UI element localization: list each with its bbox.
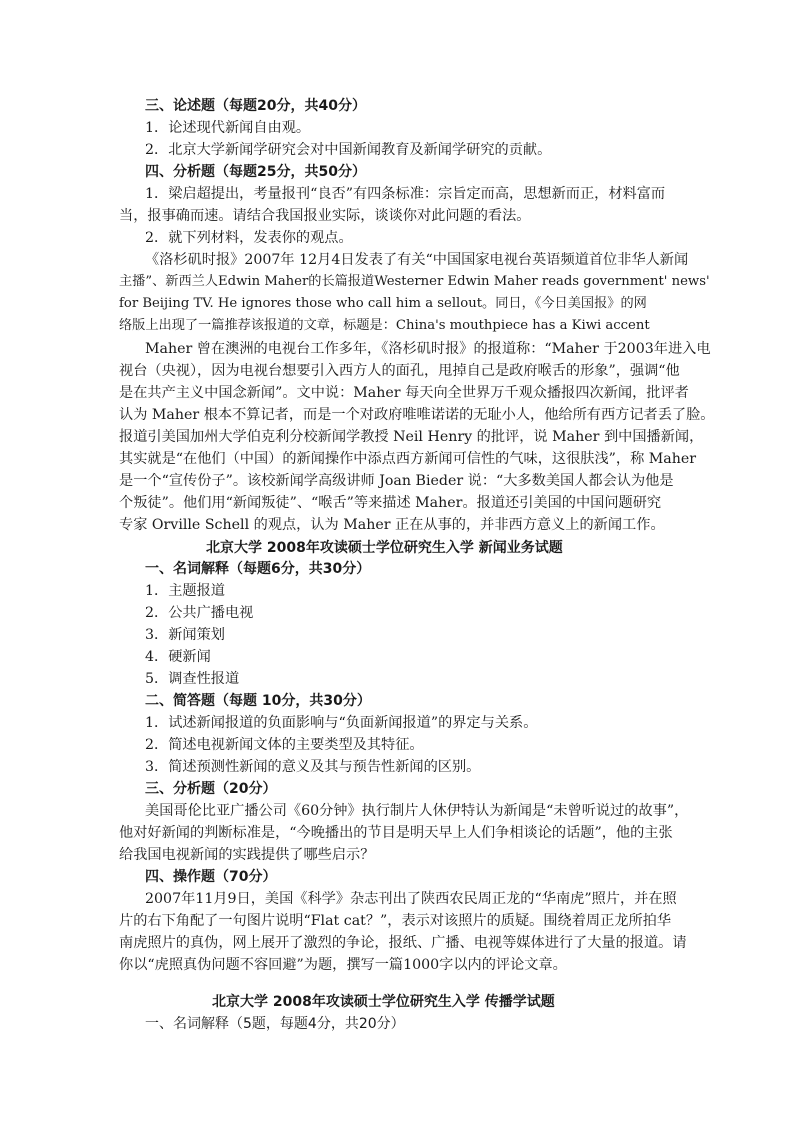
question-item-cont: 当，报事确而速。请结合我国报业实际，谈谈你对此问题的看法。 <box>119 206 530 226</box>
section-heading: 三、分析题（20分） <box>145 779 276 799</box>
exam-title: 北京大学 2008年攻读硕士学位研究生入学 传播学试题 <box>212 992 555 1012</box>
question-item: 1．梁启超提出，考量报刊“良否”有四条标准：宗旨定而高，思想新而正，材料富而 <box>145 184 665 204</box>
question-item: 4．硬新闻 <box>145 647 211 667</box>
question-item: 3．新闻策划 <box>145 625 225 645</box>
paragraph-line: 美国哥伦比亚广播公司《60分钟》执行制片人休伊特认为新闻是“未曾听说过的故事”， <box>145 801 688 821</box>
paragraph-line: 片的右下角配了一句图片说明“Flat cat？”，表示对该照片的质疑。围绕着周正… <box>119 911 671 931</box>
question-item: 1．试述新闻报道的负面影响与“负面新闻报道”的界定与关系。 <box>145 713 537 733</box>
section-heading: 一、名词解释（5题，每题4分，共20分） <box>145 1014 405 1034</box>
paragraph-line: 你以“虎照真伪问题不容回避”为题，撰写一篇1000字以内的评论文章。 <box>119 955 567 975</box>
material-line: 是在共产主义中国念新闻”。文中说：Maher 每天向全世界万千观众播报四次新闻，… <box>119 383 689 403</box>
material-line: 主播”、新西兰人Edwin Maher的长篇报道Westerner Edwin … <box>119 272 710 292</box>
material-line: 视台（央视），因为电视台想要引入西方人的面孔，甩掉自己是政府喉舌的形象”，强调“… <box>119 361 680 381</box>
question-item: 2．简述电视新闻文体的主要类型及其特征。 <box>145 735 424 755</box>
paragraph-line: 2007年11月9日，美国《科学》杂志刊出了陕西农民周正龙的“华南虎”照片，并在… <box>145 889 677 909</box>
question-item: 3．简述预测性新闻的意义及其与预告性新闻的区别。 <box>145 757 480 777</box>
material-line: Maher 曾在澳洲的电视台工作多年，《洛杉矶时报》的报道称：“Maher 于2… <box>145 339 711 359</box>
material-line: 报道引美国加州大学伯克利分校新闻学教授 Neil Henry 的批评，说 Mah… <box>119 427 703 447</box>
paragraph-line: 南虎照片的真伪，网上展开了激烈的争论，报纸、广播、电视等媒体进行了大量的报道。请 <box>119 933 687 953</box>
section-heading: 三、论述题（每题20分，共40分） <box>145 96 366 116</box>
question-item: 1．论述现代新闻自由观。 <box>145 118 310 138</box>
exam-title: 北京大学 2008年攻读硕士学位研究生入学 新闻业务试题 <box>206 538 563 558</box>
paragraph-line: 给我国电视新闻的实践提供了哪些启示？ <box>119 845 374 865</box>
question-item: 2．北京大学新闻学研究会对中国新闻教育及新闻学研究的贡献。 <box>145 140 551 160</box>
question-item: 2．就下列材料，发表你的观点。 <box>145 228 353 248</box>
material-line: 《洛杉矶时报》2007年 12月4日发表了有关“中国国家电视台英语频道首位非华人… <box>145 250 688 270</box>
question-item: 1．主题报道 <box>145 581 225 601</box>
material-line: 络版上出现了一篇推荐该报道的文章，标题是：China's mouthpiece … <box>119 316 650 336</box>
section-heading: 一、名词解释（每题6分，共30分） <box>145 559 370 579</box>
material-line: 其实就是“在他们（中国）的新闻操作中添点西方新闻可信性的气味，这很肤浅”，称 M… <box>119 449 696 469</box>
question-item: 5．调查性报道 <box>145 669 239 689</box>
material-line: 是一个“宣传份子”。该校新闻学高级讲师 Joan Bieder 说：“大多数美国… <box>119 471 674 491</box>
section-heading: 二、简答题（每题 10分，共30分） <box>145 691 371 711</box>
material-line: 认为 Maher 根本不算记者，而是一个对政府唯唯诺诺的无耻小人，他给所有西方记… <box>119 405 714 425</box>
question-item: 2．公共广播电视 <box>145 603 253 623</box>
section-heading: 四、操作题（70分） <box>145 867 276 887</box>
material-line: 专家 Orville Schell 的观点，认为 Maher 正在从事的，并非西… <box>119 515 665 535</box>
paragraph-line: 他对好新闻的判断标准是，“今晚播出的节目是明天早上人们争相谈论的话题”，他的主张 <box>119 823 673 843</box>
section-heading: 四、分析题（每题25分，共50分） <box>145 162 366 182</box>
material-line: 个叛徒”。他们用“新闻叛徒”、“喉舌”等来描述 Maher。报道还引美国的中国问… <box>119 493 661 513</box>
document-page: 三、论述题（每题20分，共40分） 1．论述现代新闻自由观。 2．北京大学新闻学… <box>0 0 800 1124</box>
material-line: for Beijing TV. He ignores those who cal… <box>119 294 647 314</box>
